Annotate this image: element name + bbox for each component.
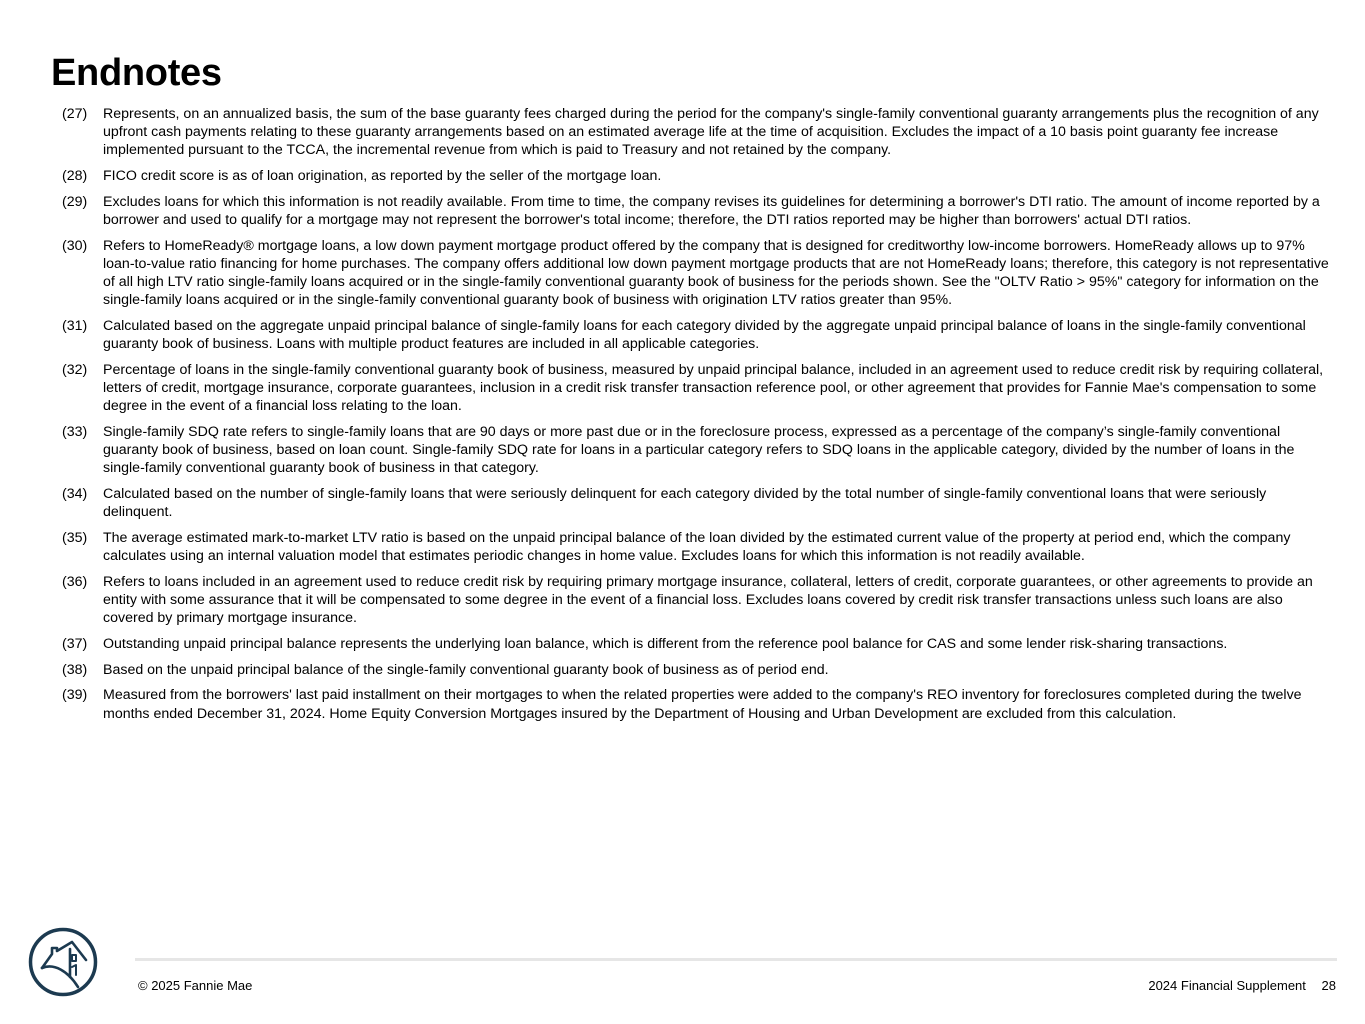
endnote-37: (37) Outstanding unpaid principal balanc… (62, 635, 1332, 653)
footer-document-info: 2024 Financial Supplement 28 (1148, 978, 1336, 993)
endnote-text: Represents, on an annualized basis, the … (103, 105, 1332, 160)
endnote-34: (34) Calculated based on the number of s… (62, 485, 1332, 521)
endnote-39: (39) Measured from the borrowers' last p… (62, 686, 1332, 722)
endnote-text: Percentage of loans in the single-family… (103, 361, 1332, 416)
endnote-number: (38) (62, 661, 103, 679)
endnote-number: (36) (62, 573, 103, 628)
page-number: 28 (1322, 978, 1336, 993)
endnote-number: (39) (62, 686, 103, 722)
endnote-number: (32) (62, 361, 103, 416)
document-title: 2024 Financial Supplement (1148, 978, 1306, 993)
endnote-number: (29) (62, 193, 103, 229)
endnote-text: Based on the unpaid principal balance of… (103, 661, 1332, 679)
endnote-number: (35) (62, 529, 103, 565)
endnote-number: (37) (62, 635, 103, 653)
endnote-31: (31) Calculated based on the aggregate u… (62, 317, 1332, 353)
page-title: Endnotes (51, 50, 222, 96)
endnote-text: Single-family SDQ rate refers to single-… (103, 423, 1332, 478)
endnote-number: (27) (62, 105, 103, 160)
endnote-28: (28) FICO credit score is as of loan ori… (62, 167, 1332, 185)
endnote-text: Refers to loans included in an agreement… (103, 573, 1332, 628)
endnote-text: The average estimated mark-to-market LTV… (103, 529, 1332, 565)
endnote-number: (28) (62, 167, 103, 185)
endnote-text: Calculated based on the number of single… (103, 485, 1332, 521)
endnote-number: (34) (62, 485, 103, 521)
endnote-33: (33) Single-family SDQ rate refers to si… (62, 423, 1332, 478)
endnote-number: (30) (62, 237, 103, 310)
endnote-29: (29) Excludes loans for which this infor… (62, 193, 1332, 229)
endnote-30: (30) Refers to HomeReady® mortgage loans… (62, 237, 1332, 310)
endnote-text: Measured from the borrowers' last paid i… (103, 686, 1332, 722)
endnote-text: Outstanding unpaid principal balance rep… (103, 635, 1332, 653)
endnote-38: (38) Based on the unpaid principal balan… (62, 661, 1332, 679)
endnote-text: Calculated based on the aggregate unpaid… (103, 317, 1332, 353)
endnote-text: Refers to HomeReady® mortgage loans, a l… (103, 237, 1332, 310)
endnote-27: (27) Represents, on an annualized basis,… (62, 105, 1332, 160)
endnote-35: (35) The average estimated mark-to-marke… (62, 529, 1332, 565)
endnote-number: (31) (62, 317, 103, 353)
endnotes-list: (27) Represents, on an annualized basis,… (62, 105, 1332, 730)
endnote-36: (36) Refers to loans included in an agre… (62, 573, 1332, 628)
endnote-32: (32) Percentage of loans in the single-f… (62, 361, 1332, 416)
endnote-number: (33) (62, 423, 103, 478)
endnote-text: FICO credit score is as of loan originat… (103, 167, 1332, 185)
fannie-mae-house-logo-icon (28, 927, 98, 997)
footer-divider (135, 958, 1337, 961)
copyright-text: © 2025 Fannie Mae (138, 978, 252, 993)
endnote-text: Excludes loans for which this informatio… (103, 193, 1332, 229)
